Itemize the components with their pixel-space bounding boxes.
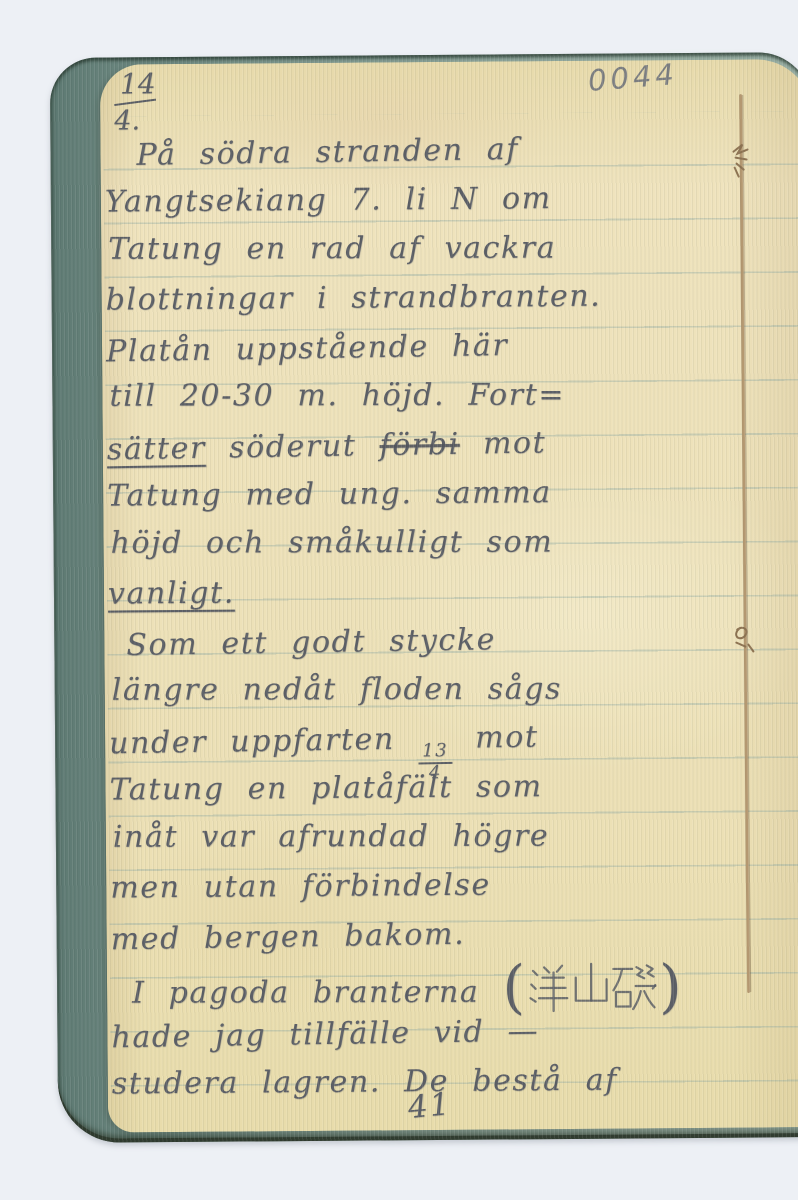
underlined-word: vanligt.	[108, 576, 235, 612]
handwriting-line: Tatung med ung. samma	[107, 466, 798, 520]
date-heading: 14 4.	[114, 70, 157, 134]
handwriting-line: inåt var afrundad högre	[113, 811, 798, 862]
line-text: höjd och småkulligt som	[111, 525, 554, 561]
line-text: Som ett godt stycke	[126, 622, 496, 663]
line-text: blottningar i strandbranten.	[106, 279, 602, 318]
fraction-numerator: 13	[418, 742, 452, 764]
line-text: inåt var afrundad högre	[113, 819, 549, 855]
handwriting-line: till 20-30 m. höjd. Fort=	[109, 370, 798, 421]
page-edge-stack: 14 4. 0044 På södra stranden af Yangtsek…	[50, 52, 798, 1143]
date-numerator: 14	[114, 70, 156, 98]
line-text: men utan förbindelse	[110, 868, 491, 906]
handwriting-line: Som ett godt stycke	[108, 610, 798, 670]
handwriting-line: höjd och småkulligt som	[111, 517, 798, 568]
handwriting-line: sätter söderut förbi mot	[106, 414, 798, 474]
fraction-denominator: 4	[429, 764, 442, 783]
notebook-scan: 14 4. 0044 På södra stranden af Yangtsek…	[0, 0, 798, 1200]
handwriting-block: På södra stranden af Yangtsekiang 7. li …	[104, 123, 798, 1108]
strikethrough-word: förbi	[379, 427, 460, 463]
handwriting-line: Tatung en platåfält som	[109, 760, 798, 814]
line-text: under uppfarten	[109, 721, 418, 761]
handwriting-line: blottningar i strandbranten.	[105, 270, 798, 324]
handwriting-line: längre nedåt floden sågs	[112, 664, 798, 715]
handwriting-line: Tatung en rad af vackra	[108, 223, 798, 274]
line-text: På södra stranden af	[136, 132, 519, 173]
underlined-word: sätter	[107, 431, 207, 468]
handwriting-line: hade jag tillfälle vid —	[111, 1002, 798, 1062]
line-text: Tatung med ung. samma	[107, 475, 552, 513]
handwriting-line: Yangtsekiang 7. li N om	[105, 172, 798, 226]
line-text: I pagoda branterna	[132, 975, 503, 1011]
archive-stamp: 0044	[587, 57, 679, 98]
handwriting-line: studera lagren. De bestå af	[112, 1054, 798, 1108]
handwriting-line: men utan förbindelse	[110, 858, 798, 912]
handwriting-line: I pagoda branterna ()	[114, 958, 798, 1009]
line-text: mot	[452, 720, 539, 756]
handwriting-line: under uppfarten 134 mot	[109, 708, 798, 768]
handwriting-line: Platån uppstående här	[106, 316, 798, 376]
line-text: till 20-30 m. höjd. Fort=	[109, 378, 565, 414]
line-text: Platån uppstående här	[106, 328, 509, 369]
line-text: längre nedåt floden sågs	[112, 672, 562, 708]
line-text: studera lagren. De bestå af	[112, 1063, 618, 1102]
handwriting-line: På södra stranden af	[104, 120, 798, 180]
line-text: hade jag tillfälle vid —	[111, 1014, 539, 1056]
handwriting-line: med bergen bakom.	[110, 904, 798, 964]
line-text: Yangtsekiang 7. li N om	[105, 181, 552, 220]
notebook-page: 14 4. 0044 På södra stranden af Yangtsek…	[100, 59, 798, 1133]
line-text: Tatung en platåfält som	[109, 769, 542, 807]
line-text: Tatung en rad af vackra	[108, 231, 556, 267]
line-text: söderut	[206, 428, 380, 466]
inline-date-fraction: 134	[418, 742, 453, 783]
line-text: med bergen bakom.	[110, 917, 465, 958]
handwriting-line: vanligt.	[108, 564, 798, 618]
page-number: 41	[406, 1086, 453, 1126]
line-text: mot	[460, 425, 547, 461]
